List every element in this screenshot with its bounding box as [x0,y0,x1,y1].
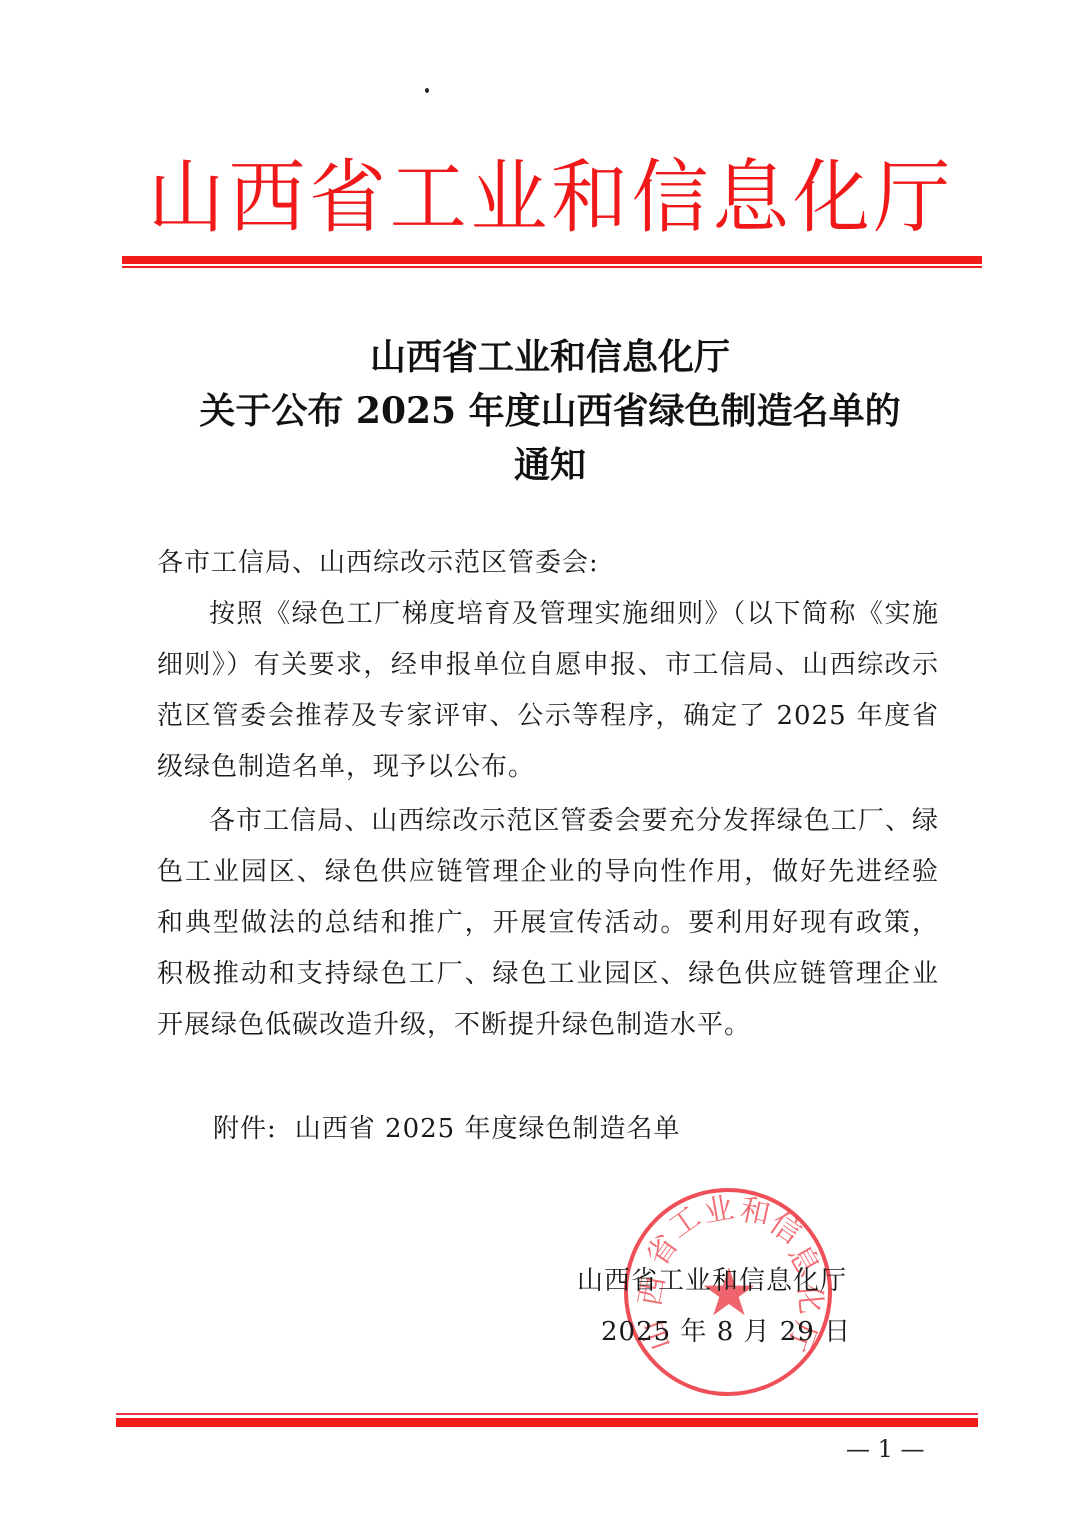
title-line-1: 山西省工业和信息化厅 [120,330,980,384]
header-rule-thick [122,256,982,264]
body-paragraph-2: 各市工信局、山西综改示范区管委会要充分发挥绿色工厂、绿色工业园区、绿色供应链管理… [157,796,939,1051]
body-paragraph-1: 按照《绿色工厂梯度培育及管理实施细则》（以下简称《实施细则》）有关要求，经申报单… [157,589,939,793]
page-number: — 1 — [846,1434,925,1464]
footer-rule-thick [116,1418,978,1427]
seal-char: 业 [702,1194,737,1229]
scan-dot-mark [425,88,429,93]
title-line-3: 通知 [120,438,980,492]
document-title: 山西省工业和信息化厅 关于公布 2025 年度山西省绿色制造名单的 通知 [120,330,980,492]
header-rule-thin [122,266,982,268]
salutation: 各市工信局、山西综改示范区管委会: [157,538,939,589]
seal-char: 信 [764,1208,806,1250]
signature-block: 山西省工业和信息化厅 2025 年 8 月 29 日 [577,1256,851,1358]
masthead-issuer: 山西省工业和信息化厅 [137,148,965,248]
signature-issuer: 山西省工业和信息化厅 [577,1256,851,1307]
attachment-label: 附件: [213,1114,277,1144]
attachment-line: 附件:山西省 2025 年度绿色制造名单 [213,1104,680,1155]
footer-rule-thin [116,1413,978,1415]
attachment-name: 山西省 2025 年度绿色制造名单 [295,1114,681,1144]
title-line-2: 关于公布 2025 年度山西省绿色制造名单的 [120,384,980,438]
seal-char: 和 [737,1195,773,1231]
signature-date: 2025 年 8 月 29 日 [577,1307,851,1358]
